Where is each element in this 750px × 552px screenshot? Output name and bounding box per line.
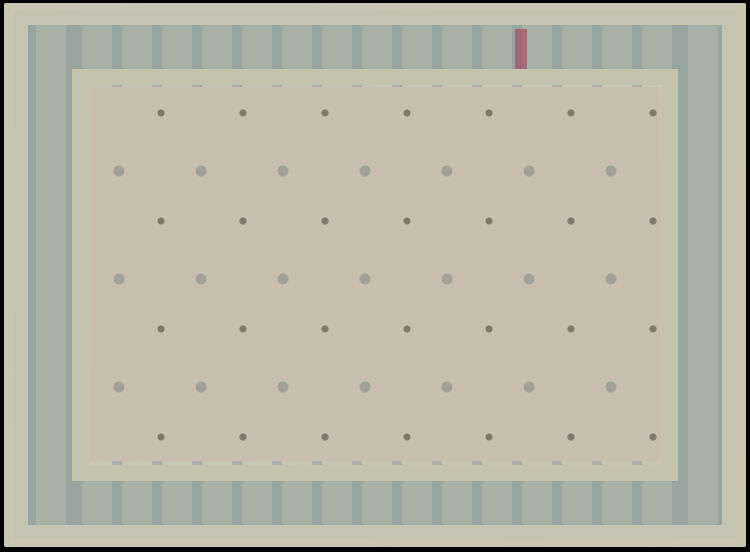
rug-field [90, 87, 660, 461]
red-stain [515, 29, 527, 69]
rug [4, 3, 746, 547]
